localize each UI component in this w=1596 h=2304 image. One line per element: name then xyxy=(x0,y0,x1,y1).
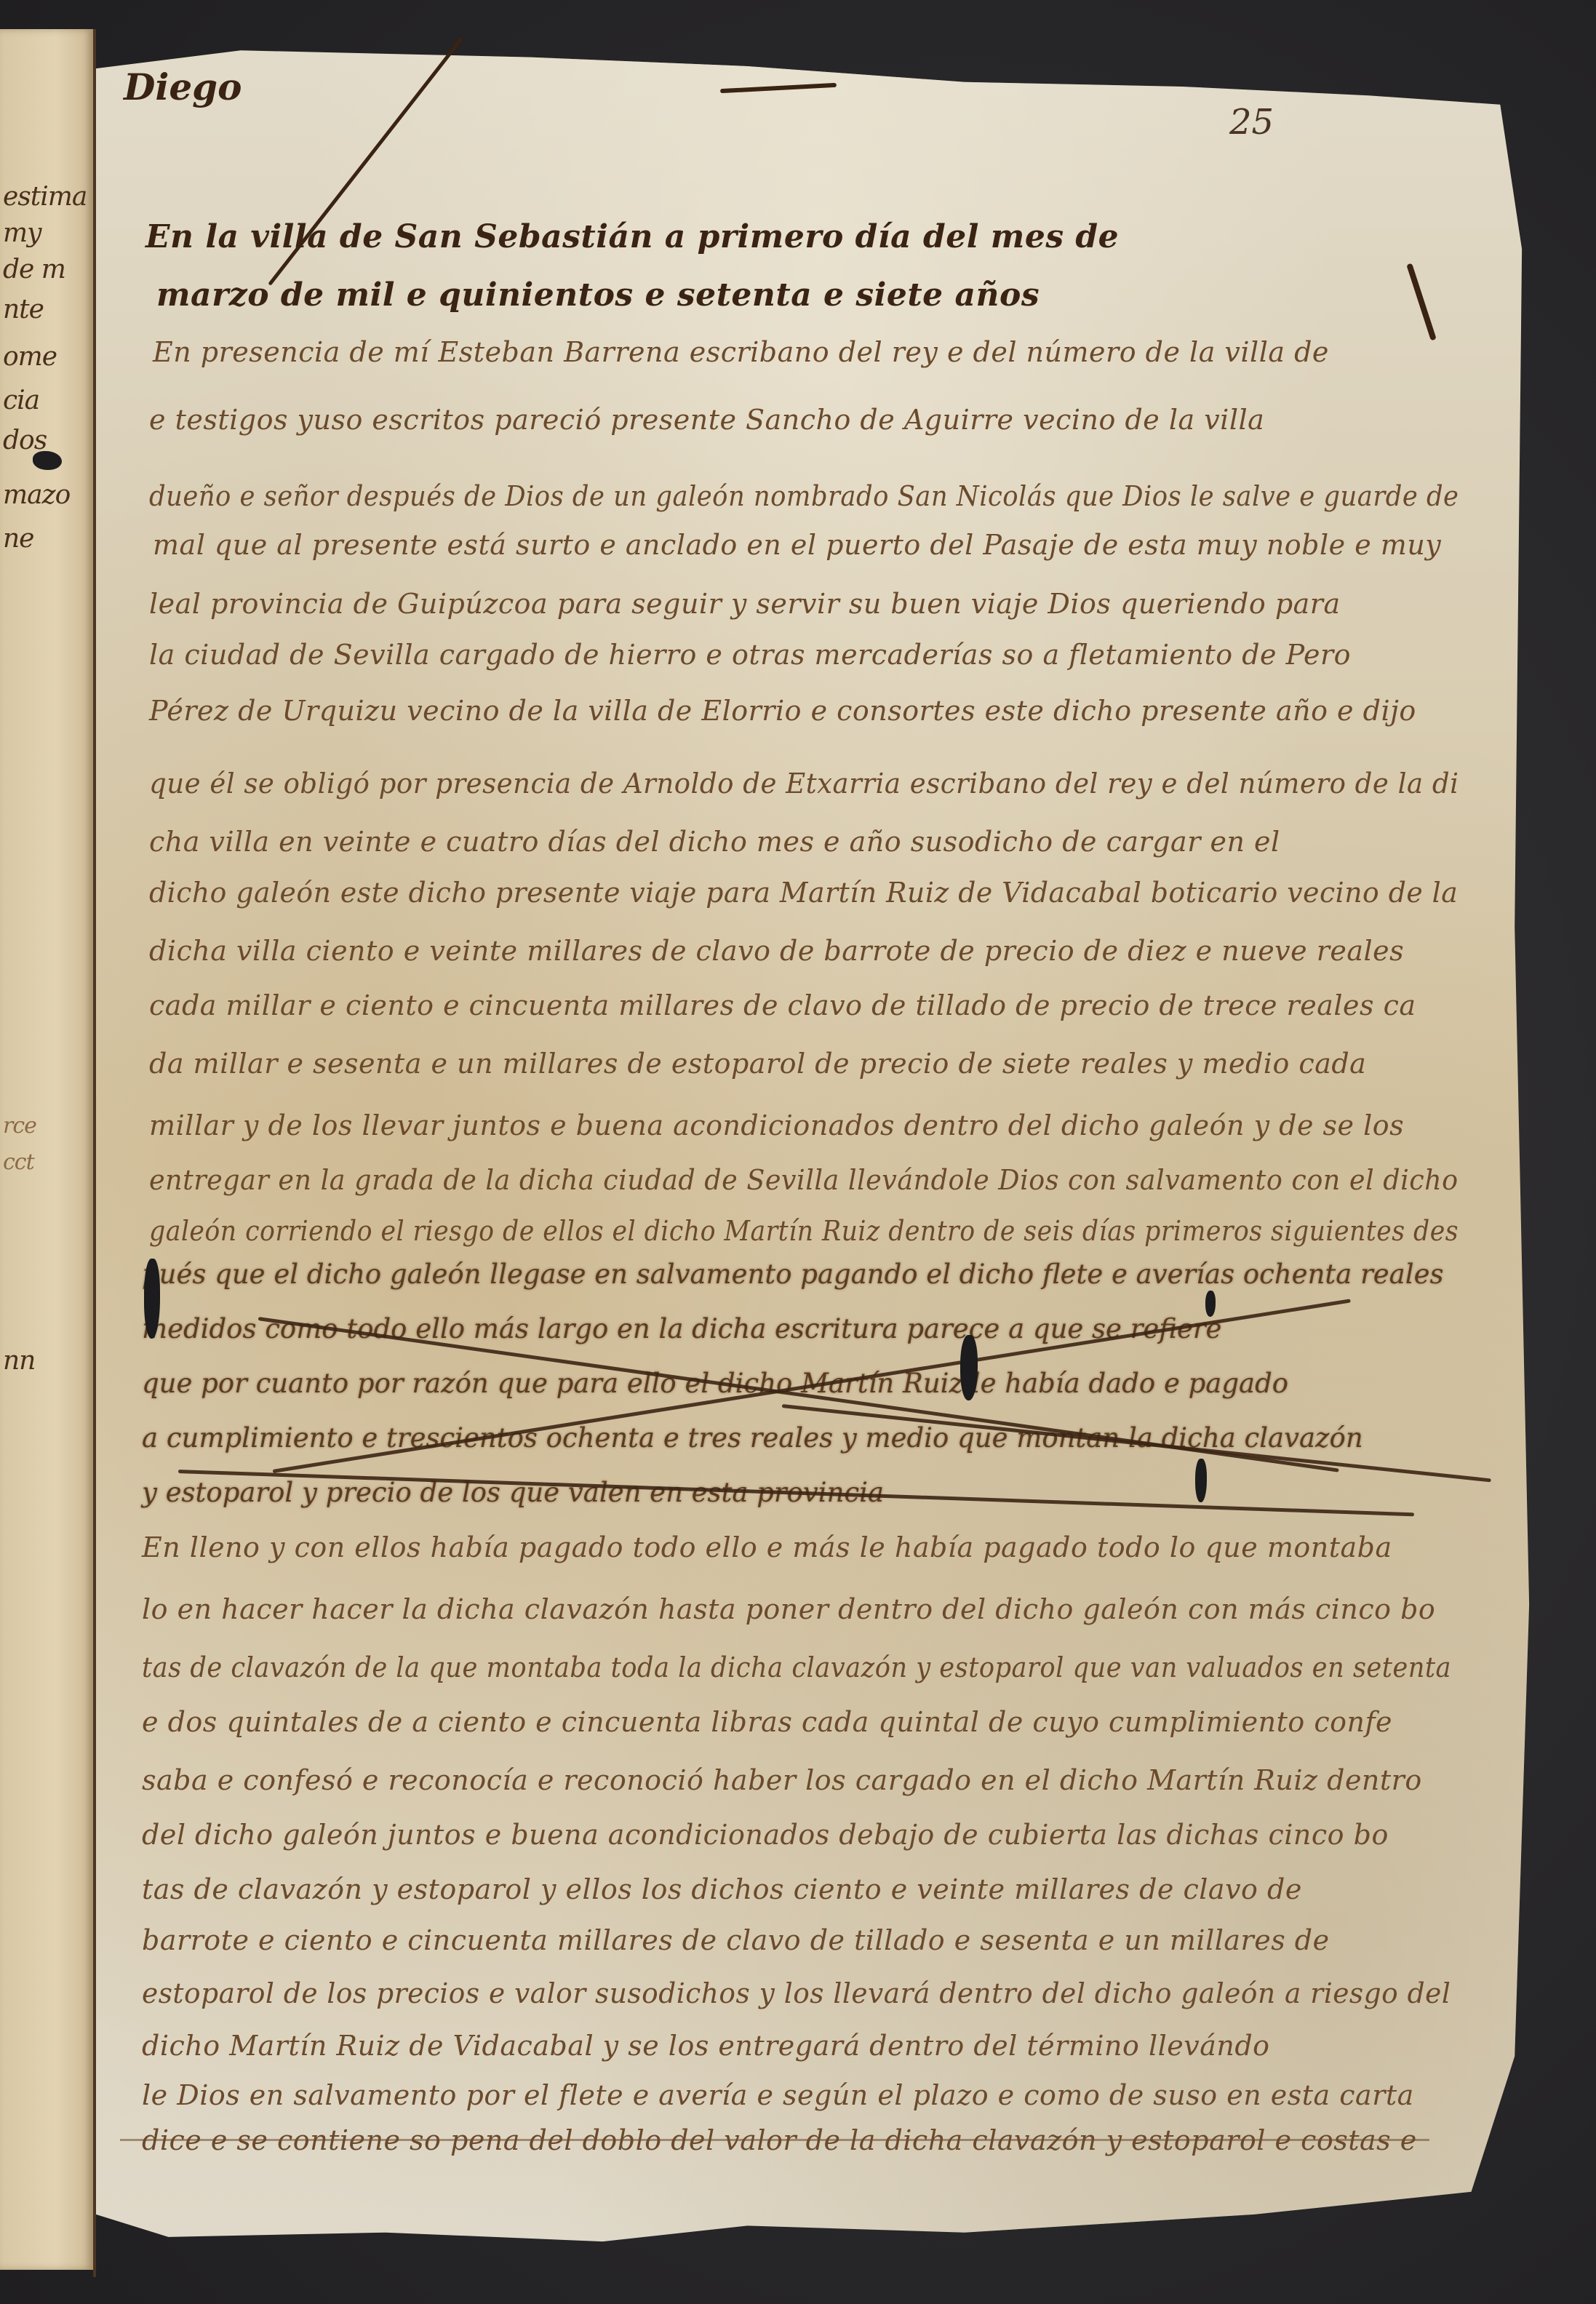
body-line: barrote e ciento e cincuenta millares de… xyxy=(142,1924,1330,1956)
body-line: dicho galeón este dicho presente viaje p… xyxy=(149,877,1458,909)
body-line: dicho Martín Ruiz de Vidacabal y se los … xyxy=(142,2030,1270,2062)
body-line: mal que al presente está surto e anclado… xyxy=(153,529,1441,561)
top-left-mark: Diego xyxy=(124,65,242,108)
margin-fragment: mazo xyxy=(3,480,90,510)
body-line: le Dios en salvamento por el flete e ave… xyxy=(142,2079,1414,2111)
body-line: cada millar e ciento e cincuenta millare… xyxy=(149,989,1416,1021)
body-line: cha villa en veinte e cuatro días del di… xyxy=(149,826,1280,858)
body-line: estoparol de los precios e valor susodic… xyxy=(142,1977,1451,2009)
body-line: dicha villa ciento e veinte millares de … xyxy=(149,935,1404,967)
struck-through-passage: pués que el dicho galeón llegase en salv… xyxy=(127,1229,1495,1535)
margin-fragment: de m xyxy=(3,255,90,284)
struck-line: pués que el dicho galeón llegase en salv… xyxy=(142,1259,1443,1290)
body-line: tas de clavazón de la que montaba toda l… xyxy=(142,1651,1451,1683)
margin-fragment: nn xyxy=(3,1346,90,1376)
body-line: Pérez de Urquizu vecino de la villa de E… xyxy=(149,695,1416,727)
body-line: En presencia de mí Esteban Barrena escri… xyxy=(153,336,1329,368)
body-line: leal provincia de Guipúzcoa para seguir … xyxy=(149,588,1341,620)
ink-corrosion-hole xyxy=(960,1335,978,1400)
heading-line: marzo de mil e quinientos e setenta e si… xyxy=(156,276,1040,314)
margin-fragment: rce xyxy=(3,1113,90,1139)
ink-corrosion-hole xyxy=(1195,1459,1207,1502)
body-line: millar y de los llevar juntos e buena ac… xyxy=(149,1109,1404,1141)
margin-fragment: my xyxy=(3,218,90,248)
body-line: dueño e señor después de Dios de un gale… xyxy=(149,480,1459,512)
body-line: En lleno y con ellos había pagado todo e… xyxy=(142,1531,1392,1563)
heading-line: En la villa de San Sebastián a primero d… xyxy=(145,218,1119,255)
binding-gutter xyxy=(93,29,96,2277)
margin-fragment: ne xyxy=(3,524,90,554)
paper-hole xyxy=(33,451,62,470)
body-line: del dicho galeón juntos e buena acondici… xyxy=(142,1819,1389,1851)
struck-line: medidos como todo ello más largo en la d… xyxy=(142,1313,1221,1344)
body-line: da millar e sesenta e un millares de est… xyxy=(149,1048,1366,1080)
previous-folio-edge: estima my de m nte ome cia dos mazo ne r… xyxy=(0,29,95,2270)
margin-fragment: cct xyxy=(3,1149,90,1175)
body-line: saba e confesó e reconocía e reconoció h… xyxy=(142,1764,1422,1796)
body-line: la ciudad de Sevilla cargado de hierro e… xyxy=(149,639,1351,671)
body-line: e testigos yuso escritos pareció present… xyxy=(149,404,1264,436)
body-line: e dos quintales de a ciento e cincuenta … xyxy=(142,1706,1392,1738)
closing-rule xyxy=(120,2139,1429,2141)
ink-corrosion-hole xyxy=(144,1259,160,1339)
margin-fragment: ome xyxy=(3,342,90,372)
margin-fragment: cia xyxy=(3,386,90,415)
body-line: tas de clavazón y estoparol y ellos los … xyxy=(142,1873,1302,1905)
body-line: que él se obligó por presencia de Arnold… xyxy=(149,768,1459,800)
body-line: entregar en la grada de la dicha ciudad … xyxy=(149,1164,1459,1196)
margin-fragment: nte xyxy=(3,295,90,324)
margin-fragment: estima xyxy=(3,182,90,212)
ink-corrosion-hole xyxy=(1205,1291,1216,1317)
folio-number: 25 xyxy=(1229,102,1274,143)
body-line: lo en hacer hacer la dicha clavazón hast… xyxy=(142,1593,1435,1625)
